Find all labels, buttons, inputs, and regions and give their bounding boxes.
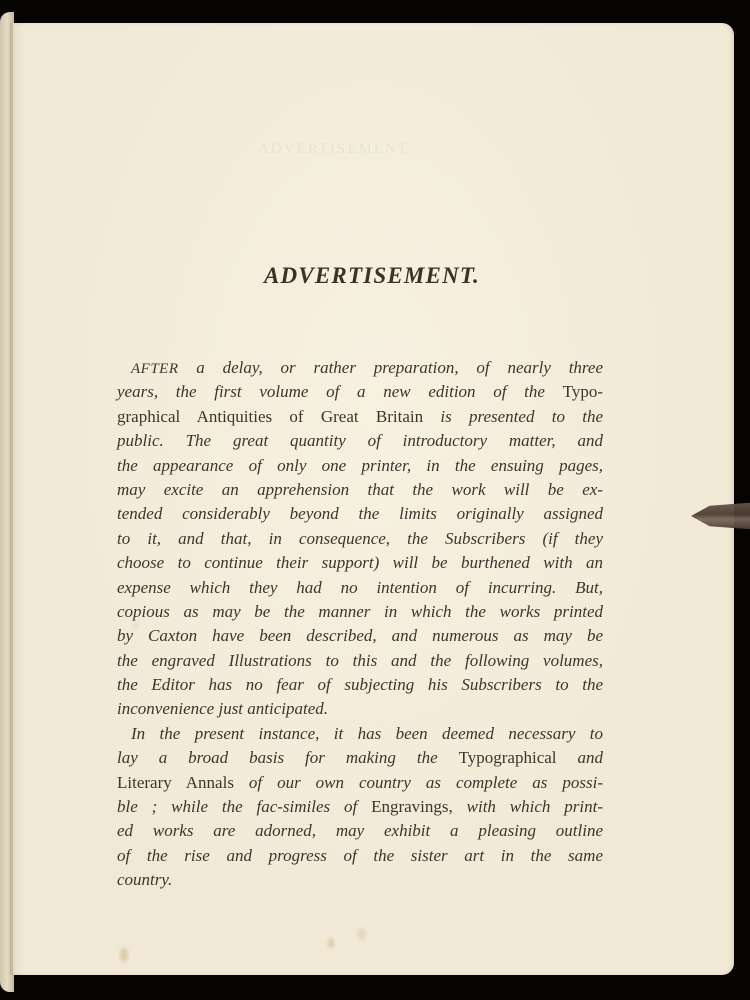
italic-run: to it, and that, in consequence, the Sub… [117,529,603,548]
roman-run: graphical Antiquities of Great Britain [117,407,440,426]
italic-run: of our own country as complete as possi- [249,773,603,792]
text-line: tended considerably beyond the limits or… [117,502,603,526]
text-line: public. The great quantity of introducto… [117,429,603,453]
paragraph: AFTER a delay, or rather preparation, of… [117,356,603,722]
italic-run: the appearance of only one printer, in t… [117,456,603,475]
italic-run: may excite an apprehension that the work… [117,480,603,499]
text-line: to it, and that, in consequence, the Sub… [117,527,603,551]
italic-run: country. [117,870,172,889]
italic-run: public. The great quantity of introducto… [117,431,603,450]
italic-run: tended considerably beyond the limits or… [117,504,603,523]
italic-run: a delay, or rather preparation, of nearl… [179,358,604,377]
show-through-heading: ADVERTISEMENT. [258,141,414,158]
italic-run: lay a broad basis for making the [117,748,459,767]
book-photo: ADVERTISEMENT. ADVERTISEMENT. AFTER a de… [0,0,750,1000]
text-line: copious as may be the manner in which th… [117,600,603,624]
text-line: Literary Annals of our own country as co… [117,771,603,795]
text-line: ed works are adorned, may exhibit a plea… [117,819,603,843]
italic-run: choose to continue their support) will b… [117,553,603,572]
text-line: choose to continue their support) will b… [117,551,603,575]
text-line: the engraved Illustrations to this and t… [117,649,603,673]
foxing-spot [328,938,334,948]
roman-run: Engravings, [371,797,453,816]
italic-run: of the rise and progress of the sister a… [117,846,603,865]
italic-run: and [557,748,603,767]
roman-run: Literary Annals [117,773,249,792]
italic-run: AFTER [131,361,179,377]
foxing-spot [120,948,128,962]
text-line: inconvenience just anticipated. [117,697,603,721]
italic-run: the Editor has no fear of subjecting his… [117,675,603,694]
roman-run: Typographical [459,748,557,767]
book-page: ADVERTISEMENT. ADVERTISEMENT. AFTER a de… [10,23,734,975]
text-line: years, the first volume of a new edition… [117,380,603,404]
italic-run: by Caxton have been described, and numer… [117,626,603,645]
text-line: AFTER a delay, or rather preparation, of… [117,356,603,380]
italic-run: copious as may be the manner in which th… [117,602,603,621]
text-line: of the rise and progress of the sister a… [117,844,603,868]
italic-run: the engraved Illustrations to this and t… [117,651,603,670]
italic-run: with which print- [453,797,603,816]
foxing-spot [357,928,366,940]
italic-run: expense which they had no intention of i… [117,578,603,597]
body-text: AFTER a delay, or rather preparation, of… [117,356,603,893]
text-line: the appearance of only one printer, in t… [117,454,603,478]
italic-run: ble ; while the fac-similes of [117,797,371,816]
text-line: by Caxton have been described, and numer… [117,624,603,648]
roman-run: Typo- [563,382,603,401]
italic-run: In the present instance, it has been dee… [131,724,603,743]
italic-run: ed works are adorned, may exhibit a plea… [117,821,603,840]
italic-run: inconvenience just anticipated. [117,699,328,718]
text-line: may excite an apprehension that the work… [117,478,603,502]
text-line: lay a broad basis for making the Typogra… [117,746,603,770]
paragraph: In the present instance, it has been dee… [117,722,603,893]
page-title: ADVERTISEMENT. [10,263,734,289]
text-line: graphical Antiquities of Great Britain i… [117,405,603,429]
text-line: country. [117,868,603,892]
text-line: ble ; while the fac-similes of Engraving… [117,795,603,819]
text-line: In the present instance, it has been dee… [117,722,603,746]
italic-run: years, the first volume of a new edition… [117,382,563,401]
text-line: the Editor has no fear of subjecting his… [117,673,603,697]
italic-run: is presented to the [440,407,603,426]
gutter-shadow [10,23,13,975]
text-line: expense which they had no intention of i… [117,576,603,600]
